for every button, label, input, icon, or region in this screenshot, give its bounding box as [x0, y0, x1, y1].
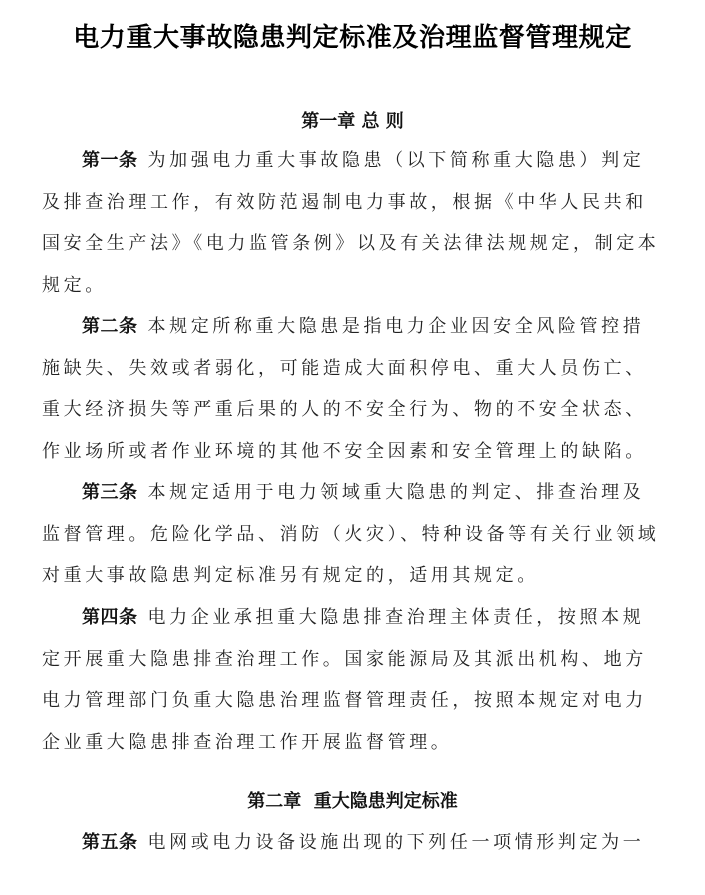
article-label: 第一条 [82, 150, 138, 171]
article-text: 本规定所称重大隐患是指电力企业因安全风险管控措 [148, 316, 645, 337]
article-5: 第五条电网或电力设备设施出现的下列任一项情形判定为一 [42, 822, 662, 864]
article-line: 重大经济损失等严重后果的人的不安全行为、物的不安全状态、 [42, 389, 662, 431]
article-label: 第五条 [82, 832, 138, 853]
chapter-heading-1: 第一章 总 则 [0, 107, 705, 137]
article-line: 定开展重大隐患排查治理工作。国家能源局及其派出机构、地方 [42, 639, 662, 681]
article-1: 第一条为加强电力重大事故隐患（以下简称重大隐患）判定 及排查治理工作，有效防范遏… [42, 140, 662, 306]
article-line: 作业场所或者作业环境的其他不安全因素和安全管理上的缺陷。 [42, 431, 662, 473]
article-label: 第二条 [82, 316, 138, 337]
article-line: 第三条本规定适用于电力领域重大隐患的判定、排查治理及 [42, 472, 662, 514]
article-line: 及排查治理工作，有效防范遏制电力事故，根据《中华人民共和 [42, 182, 662, 224]
article-line: 电力管理部门负重大隐患治理监督管理责任，按照本规定对电力 [42, 680, 662, 722]
chapter-heading-2: 第二章 重大隐患判定标准 [0, 787, 705, 817]
article-line: 对重大事故隐患判定标准另有规定的，适用其规定。 [42, 555, 662, 597]
article-line: 规定。 [42, 265, 662, 307]
article-text: 为加强电力重大事故隐患（以下简称重大隐患）判定 [148, 150, 645, 171]
article-line: 第一条为加强电力重大事故隐患（以下简称重大隐患）判定 [42, 140, 662, 182]
article-line: 监督管理。危险化学品、消防（火灾）、特种设备等有关行业领域 [42, 514, 662, 556]
article-4: 第四条电力企业承担重大隐患排查治理主体责任，按照本规 定开展重大隐患排查治理工作… [42, 597, 662, 763]
document-title: 电力重大事故隐患判定标准及治理监督管理规定 [0, 18, 705, 58]
document-page: 电力重大事故隐患判定标准及治理监督管理规定 第一章 总 则 第一条为加强电力重大… [0, 0, 705, 895]
article-3: 第三条本规定适用于电力领域重大隐患的判定、排查治理及 监督管理。危险化学品、消防… [42, 472, 662, 597]
article-text: 电网或电力设备设施出现的下列任一项情形判定为一 [148, 832, 645, 853]
article-label: 第四条 [82, 607, 138, 628]
article-line: 第四条电力企业承担重大隐患排查治理主体责任，按照本规 [42, 597, 662, 639]
article-text: 本规定适用于电力领域重大隐患的判定、排查治理及 [148, 482, 645, 503]
article-label: 第三条 [82, 482, 138, 503]
article-text: 电力企业承担重大隐患排查治理主体责任，按照本规 [148, 607, 645, 628]
article-line: 施缺失、失效或者弱化，可能造成大面积停电、重大人员伤亡、 [42, 348, 662, 390]
article-line: 第二条本规定所称重大隐患是指电力企业因安全风险管控措 [42, 306, 662, 348]
article-line: 国安全生产法》《电力监管条例》以及有关法律法规规定，制定本 [42, 223, 662, 265]
article-line: 企业重大隐患排查治理工作开展监督管理。 [42, 722, 662, 764]
article-2: 第二条本规定所称重大隐患是指电力企业因安全风险管控措 施缺失、失效或者弱化，可能… [42, 306, 662, 472]
article-line: 第五条电网或电力设备设施出现的下列任一项情形判定为一 [42, 822, 662, 864]
